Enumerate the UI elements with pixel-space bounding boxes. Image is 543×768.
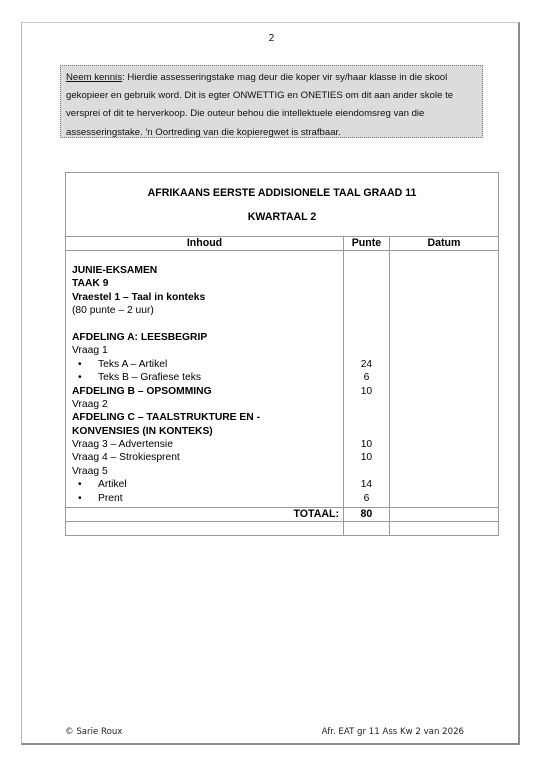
- notice-text: : Hierdie assesseringstake mag deur die …: [66, 72, 453, 138]
- points-list: 246101010146: [344, 251, 390, 508]
- points-value: 24: [344, 358, 389, 371]
- content-line-text: Artikel: [98, 479, 127, 490]
- total-date-cell: [389, 508, 498, 522]
- empty-row: [66, 522, 499, 536]
- header-inhoud: Inhoud: [66, 237, 344, 251]
- table-title: AFRIKAANS EERSTE ADDISIONELE TAAL GRAAD …: [66, 173, 499, 237]
- empty-cell: [389, 522, 498, 536]
- notice-label: Neem kennis: [66, 72, 122, 83]
- header-datum: Datum: [389, 237, 498, 251]
- points-value: [344, 344, 389, 357]
- content-line: Vraestel 1 – Taal in konteks: [72, 291, 343, 304]
- total-value: 80: [344, 508, 390, 522]
- points-value: [344, 318, 389, 331]
- total-row: TOTAAL: 80: [66, 508, 499, 522]
- subject-title: AFRIKAANS EERSTE ADDISIONELE TAAL GRAAD …: [66, 187, 498, 199]
- content-line: [72, 318, 343, 331]
- points-value: [344, 331, 389, 344]
- content-line: AFDELING B – OPSOMMING: [72, 385, 343, 398]
- points-value: [344, 304, 389, 317]
- content-line: TAAK 9: [72, 277, 343, 290]
- content-line: Vraag 4 – Strokiesprent: [72, 451, 343, 464]
- points-value: [344, 291, 389, 304]
- points-value: 10: [344, 451, 389, 464]
- content-line: •Teks A – Artikel: [72, 358, 343, 371]
- points-value: [344, 411, 389, 424]
- content-row: JUNIE-EKSAMENTAAK 9Vraestel 1 – Taal in …: [66, 251, 499, 508]
- points-value: 10: [344, 385, 389, 398]
- empty-cell: [344, 522, 390, 536]
- header-punte: Punte: [344, 237, 390, 251]
- points-value: [344, 465, 389, 478]
- content-line: Vraag 2: [72, 398, 343, 411]
- content-line: •Artikel: [72, 478, 343, 491]
- content-line: Vraag 1: [72, 344, 343, 357]
- date-cell: [389, 251, 498, 508]
- bullet-icon: •: [78, 358, 98, 371]
- footer-document-id: Afr. EAT gr 11 Ass Kw 2 van 2026: [322, 727, 464, 737]
- content-line: Vraag 5: [72, 465, 343, 478]
- content-line: •Prent: [72, 492, 343, 505]
- points-value: [344, 277, 389, 290]
- content-line: AFDELING C – TAALSTRUKTURE EN -: [72, 411, 343, 424]
- copyright-notice: Neem kennis: Hierdie assesseringstake ma…: [60, 65, 483, 138]
- page-number: 2: [0, 33, 543, 44]
- total-label: TOTAAL:: [66, 508, 344, 522]
- term-title: KWARTAAL 2: [66, 211, 498, 223]
- content-line: Vraag 3 – Advertensie: [72, 438, 343, 451]
- content-line: •Teks B – Grafiese teks: [72, 371, 343, 384]
- points-value: [344, 398, 389, 411]
- points-value: 6: [344, 371, 389, 384]
- content-line: KONVENSIES (IN KONTEKS): [72, 425, 343, 438]
- points-value: [344, 264, 389, 277]
- empty-cell: [66, 522, 344, 536]
- content-line: JUNIE-EKSAMEN: [72, 264, 343, 277]
- bullet-icon: •: [78, 371, 98, 384]
- content-line: (80 punte – 2 uur): [72, 304, 343, 317]
- assessment-summary-table: AFRIKAANS EERSTE ADDISIONELE TAAL GRAAD …: [65, 172, 499, 536]
- content-line: AFDELING A: LEESBEGRIP: [72, 331, 343, 344]
- content-line-text: Teks B – Grafiese teks: [98, 372, 201, 383]
- table-header-row: Inhoud Punte Datum: [66, 237, 499, 251]
- points-value: 14: [344, 478, 389, 491]
- points-value: 10: [344, 438, 389, 451]
- bullet-icon: •: [78, 492, 98, 505]
- footer-copyright: © Sarie Roux: [65, 727, 122, 737]
- bullet-icon: •: [78, 478, 98, 491]
- content-line-text: Teks A – Artikel: [98, 359, 167, 370]
- content-line-text: Prent: [98, 493, 123, 504]
- points-value: 6: [344, 492, 389, 505]
- points-value: [344, 425, 389, 438]
- content-list: JUNIE-EKSAMENTAAK 9Vraestel 1 – Taal in …: [66, 251, 344, 508]
